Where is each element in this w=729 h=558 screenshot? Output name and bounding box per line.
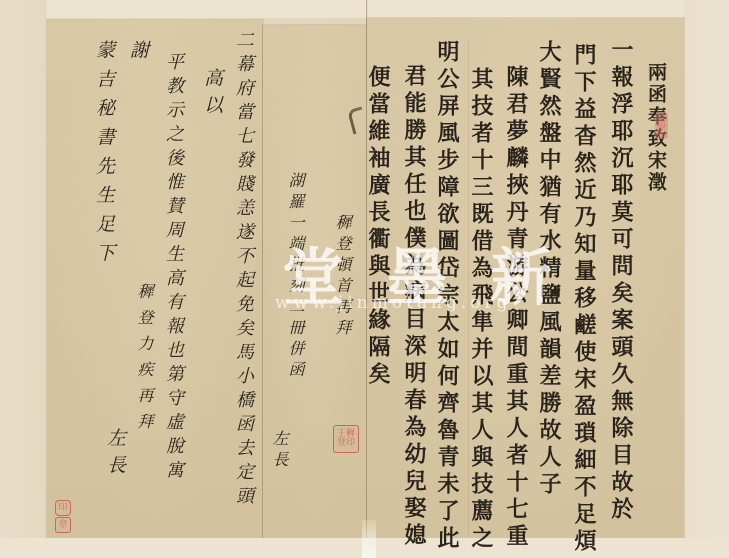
text-column: 高以 — [202, 68, 221, 122]
text-column: 君能勝其任也僕為病目深明春為幼兒娶媳 — [403, 64, 425, 550]
text-column: 左長 — [271, 430, 287, 472]
text-column: 大賢然盤中猶有水精鹽風韻差勝故人子 — [538, 40, 560, 499]
title-seal: 印 — [655, 113, 668, 139]
left-mount-edge — [0, 0, 47, 558]
text-column: 陳君夢麟挾丹青游公卿間重其人者十七重 — [505, 65, 527, 551]
text-column: 謝 — [128, 40, 147, 67]
text-column: 明公屏風步障欲圖岱宗太如何齊魯青未了此 — [436, 40, 458, 553]
left-leaf — [47, 20, 263, 539]
text-column: 其技者十三既借為飛隼并以其人與技薦之 — [470, 67, 492, 553]
right-mount-edge — [684, 0, 729, 558]
text-column: 一報浮耶沉耶莫可問矣案頭久無除目故於 — [610, 38, 632, 524]
text-column: 二幕府當七發賤恙遂不起免矣馬小橋函去定頭 — [234, 30, 252, 510]
leaf-seam-left — [262, 25, 263, 539]
addressee-column: 蒙吉秘書先生足下 — [94, 40, 113, 272]
collector-seal-top: 印 — [55, 500, 71, 516]
collector-seal-bottom: 章 — [55, 517, 71, 533]
text-column: 便當維袖廣長衢與世緣隔矣 — [367, 65, 389, 389]
text-column: 門下益杳然近乃知量移鹺使宋盈瑣細不足煩 — [573, 43, 595, 556]
signature-column: 穉登力疾再拜 — [136, 283, 152, 439]
text-column: 左長 — [105, 428, 124, 482]
paper-tear — [362, 520, 376, 558]
text-column: 湖羅一端批刻二冊併函 — [287, 172, 303, 382]
text-column: 平教示之後惟賛周生高有報也第守虛脫寓 — [164, 52, 182, 484]
top-mount-strip — [0, 0, 729, 18]
signature-column: 穉登頓首再拜 — [334, 214, 350, 340]
signature-seal: 王穉登印 — [333, 425, 359, 453]
